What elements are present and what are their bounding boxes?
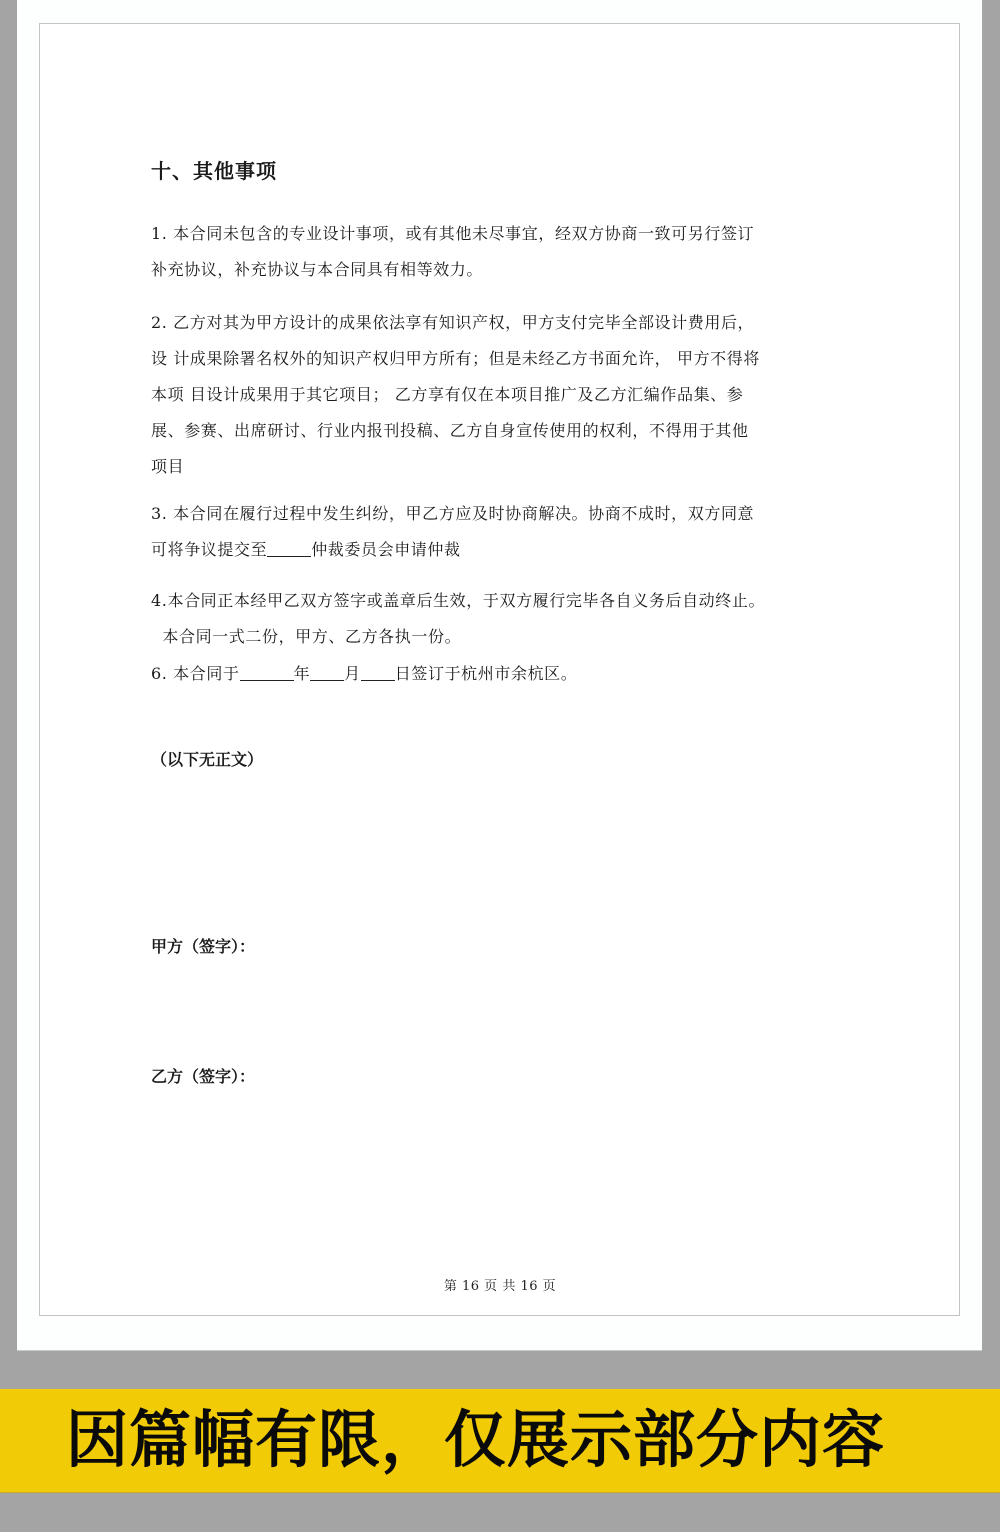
signing-date-prefix: 6. 本合同于 xyxy=(151,664,240,683)
party-b-signature-label: 乙方（签字）： xyxy=(151,1064,255,1087)
clause-3: 3. 本合同在履行过程中发生纠纷，甲乙方应及时协商解决。协商不成时，双方同意 可… xyxy=(151,496,861,568)
clause-3-line-2: 可将争议提交至仲裁委员会申请仲裁 xyxy=(151,532,861,568)
party-a-signature-label: 甲方（签字）： xyxy=(151,934,255,957)
arbitration-suffix: 仲裁委员会申请仲裁 xyxy=(311,540,460,559)
arbitration-prefix: 可将争议提交至 xyxy=(151,540,267,559)
clause-6: 6. 本合同于年月日签订于杭州市余杭区。 xyxy=(151,656,861,692)
clause-2-line-1: 2. 乙方对其为甲方设计的成果依法享有知识产权，甲方支付完毕全部设计费用后， xyxy=(151,305,861,341)
clause-1-line-1: 1. 本合同未包含的专业设计事项，或有其他未尽事宜，经双方协商一致可另行签订 xyxy=(151,216,861,252)
clause-5-line: 本合同一式二份，甲方、乙方各执一份。 xyxy=(151,619,861,655)
clause-1-line-2: 补充协议，补充协议与本合同具有相等效力。 xyxy=(151,252,861,288)
clause-2-line-5: 项目 xyxy=(151,449,861,485)
clause-2-line-3: 本项 目设计成果用于其它项目； 乙方享有仅在本项目推广及乙方汇编作品集、参 xyxy=(151,377,861,413)
clause-6-line: 6. 本合同于年月日签订于杭州市余杭区。 xyxy=(151,656,861,692)
clause-2-line-4: 展、参赛、出席研讨、行业内报刊投稿、乙方自身宣传使用的权利，不得用于其他 xyxy=(151,413,861,449)
year-label: 年 xyxy=(294,664,311,683)
clause-4-line-1: 4.本合同正本经甲乙双方签字或盖章后生效，于双方履行完毕各自义务后自动终止。 xyxy=(151,583,861,619)
signing-date-suffix: 日签订于杭州市余杭区。 xyxy=(395,664,578,683)
month-label: 月 xyxy=(344,664,361,683)
month-blank xyxy=(310,662,344,681)
year-blank xyxy=(240,662,294,681)
end-of-text-note: （以下无正文） xyxy=(151,747,263,770)
page-number-footer: 第 16 页 共 16 页 xyxy=(0,1275,1000,1294)
clause-4: 4.本合同正本经甲乙双方签字或盖章后生效，于双方履行完毕各自义务后自动终止。 本… xyxy=(151,583,861,655)
day-blank xyxy=(361,662,395,681)
preview-limit-text: 因篇幅有限，仅展示部分内容 xyxy=(66,1397,885,1483)
clause-1: 1. 本合同未包含的专业设计事项，或有其他未尽事宜，经双方协商一致可另行签订 补… xyxy=(151,216,861,288)
preview-limit-banner: 因篇幅有限，仅展示部分内容 xyxy=(0,1389,1000,1493)
arbitration-commission-blank xyxy=(267,538,311,557)
clause-2: 2. 乙方对其为甲方设计的成果依法享有知识产权，甲方支付完毕全部设计费用后， 设… xyxy=(151,305,861,485)
clause-2-line-2: 设 计成果除署名权外的知识产权归甲方所有；但是未经乙方书面允许， 甲方不得将 xyxy=(151,341,861,377)
clause-3-line-1: 3. 本合同在履行过程中发生纠纷，甲乙方应及时协商解决。协商不成时，双方同意 xyxy=(151,496,861,532)
section-heading: 十、其他事项 xyxy=(151,155,277,184)
